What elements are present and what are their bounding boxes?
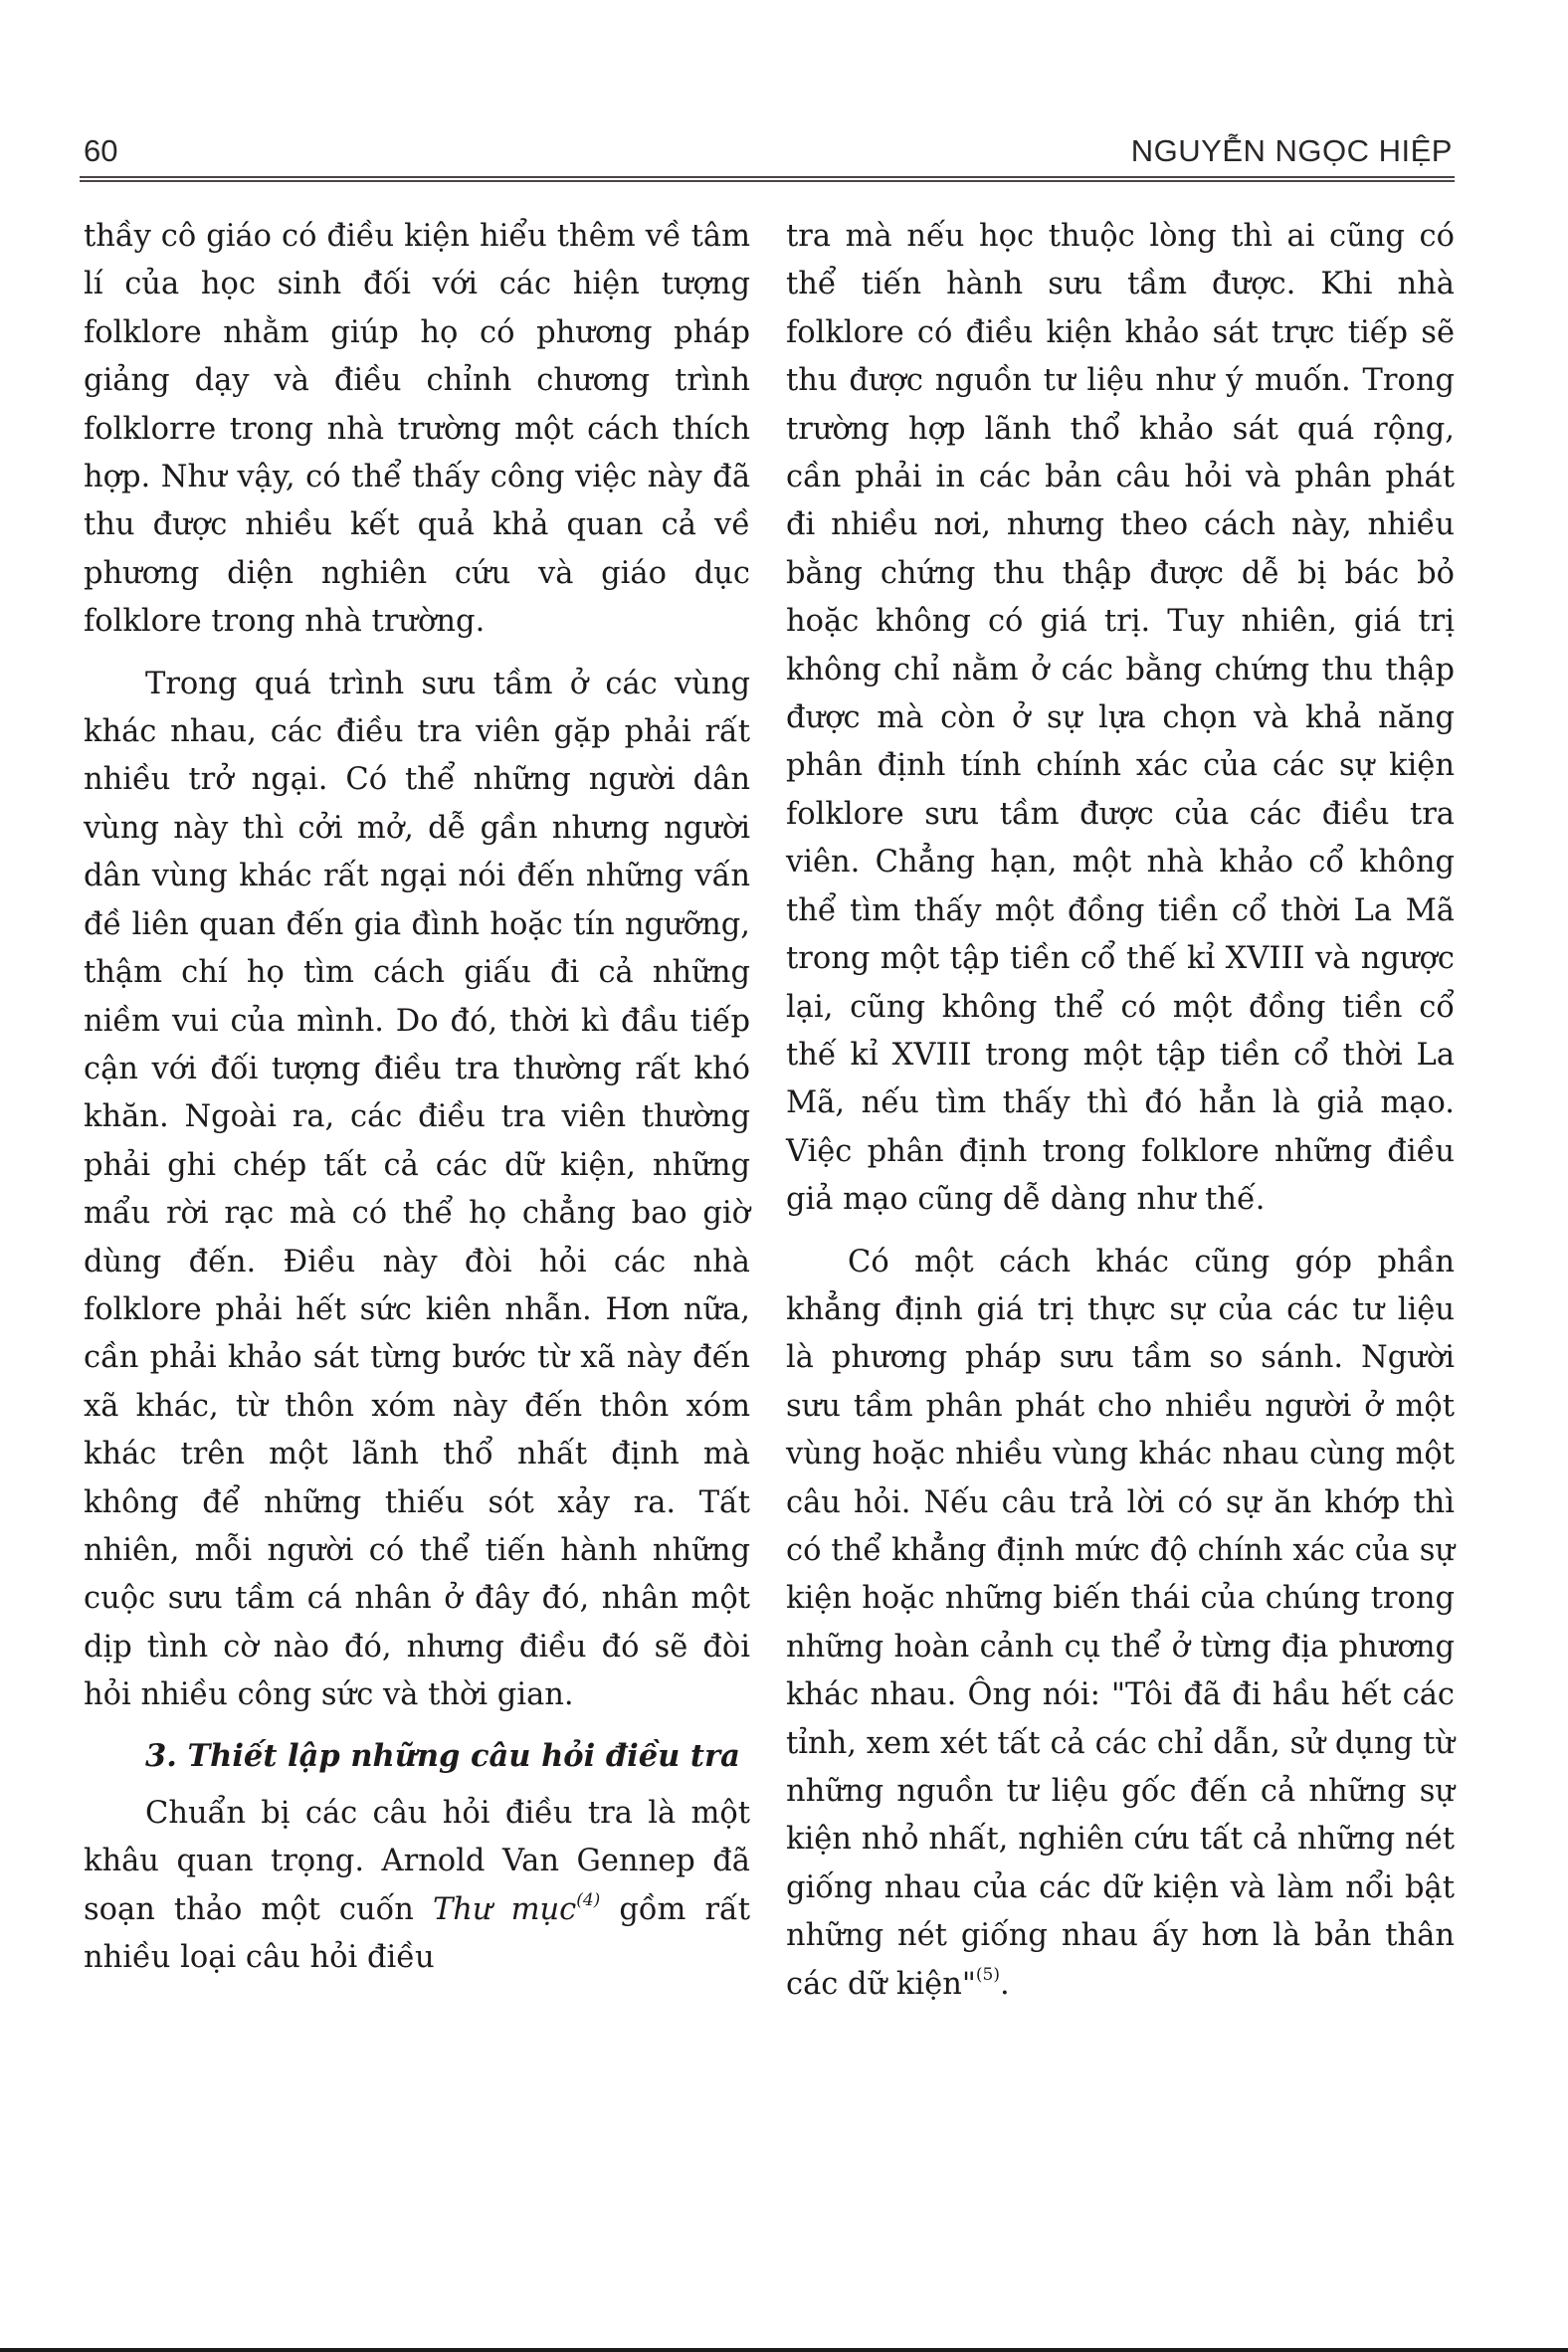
paragraph-continued: thầy cô giáo có điều kiện hiểu thêm về t…	[84, 213, 750, 647]
left-column: thầy cô giáo có điều kiện hiểu thêm về t…	[84, 213, 750, 1983]
scan-bottom-edge	[0, 2348, 1568, 2352]
running-head-author: NGUYỄN NGỌC HIỆP	[1131, 133, 1453, 169]
paragraph-continued: tra mà nếu học thuộc lòng thì ai cũng có…	[786, 213, 1455, 1225]
paragraph-end: .	[1000, 1967, 1010, 2002]
page-number: 60	[84, 133, 117, 169]
book-title: Thư mục	[433, 1892, 576, 1927]
paragraph-text: Có một cách khác cũng góp phần khẳng địn…	[786, 1245, 1455, 2002]
footnote-ref-4: (4)	[576, 1890, 600, 1910]
right-column: tra mà nếu học thuộc lòng thì ai cũng có…	[786, 213, 1455, 2009]
footnote-ref-5: (5)	[976, 1965, 1000, 1985]
paragraph-fieldwork-obstacles: Trong quá trình sưu tầm ở các vùng khác …	[84, 661, 750, 1720]
header-double-rule	[80, 176, 1455, 182]
paragraph-questionnaires: Chuẩn bị các câu hỏi điều tra là một khâ…	[84, 1790, 750, 1983]
paragraph-comparative-method: Có một cách khác cũng góp phần khẳng địn…	[786, 1239, 1455, 2010]
page-header: 60 NGUYỄN NGỌC HIỆP	[80, 127, 1455, 177]
section-heading: 3. Thiết lập những câu hỏi điều tra	[84, 1732, 750, 1780]
